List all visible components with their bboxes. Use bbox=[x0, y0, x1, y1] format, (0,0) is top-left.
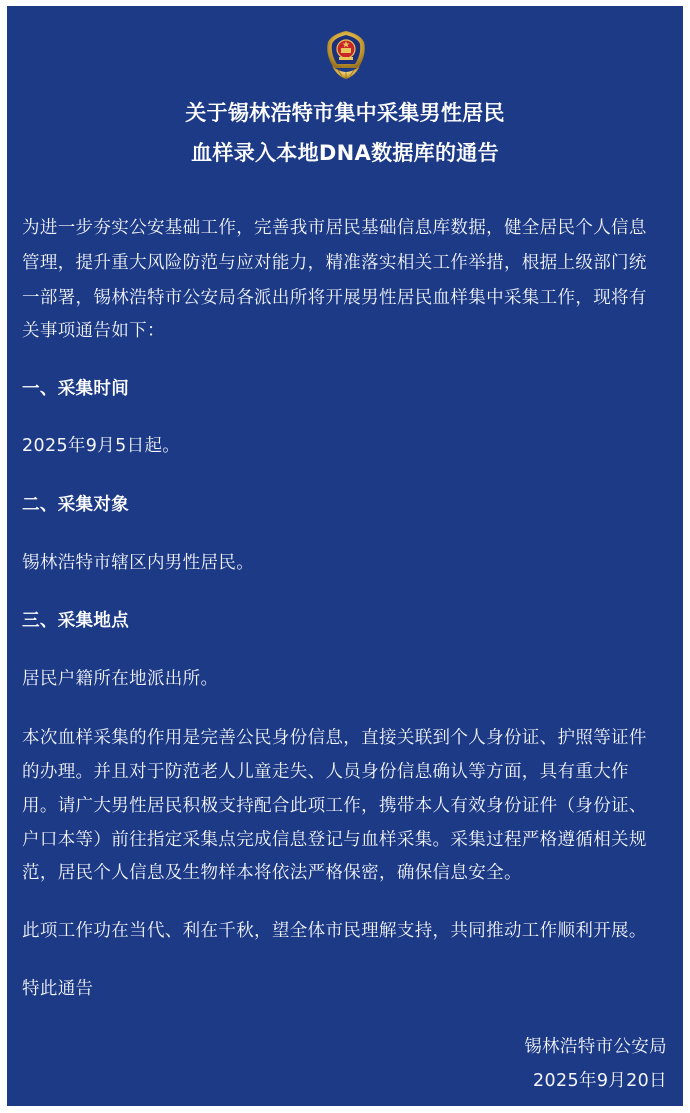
intro-line-2: 管理，提升重大风险防范与应对能力，精准落实相关工作举措，根据上级部门统 bbox=[22, 251, 647, 275]
section-heading-location: 三、采集地点 bbox=[22, 609, 129, 633]
police-emblem-icon bbox=[324, 30, 368, 80]
purpose-line-4: 户口本等）前往指定采集点完成信息登记与血样采集。采集过程严格遵循相关规 bbox=[22, 828, 647, 852]
notice-title-line-2: 血样录入本地DNA数据库的通告 bbox=[0, 140, 690, 166]
section-content-target: 锡林浩特市辖区内男性居民。 bbox=[22, 551, 254, 575]
section-content-location: 居民户籍所在地派出所。 bbox=[22, 667, 218, 691]
issue-date: 2025年9月20日 bbox=[533, 1069, 667, 1093]
purpose-line-1: 本次血样采集的作用是完善公民身份信息，直接关联到个人身份证、护照等证件 bbox=[22, 726, 647, 750]
purpose-line-5: 范，居民个人信息及生物样本将依法严格保密，确保信息安全。 bbox=[22, 861, 522, 885]
section-content-time: 2025年9月5日起。 bbox=[22, 434, 180, 458]
purpose-line-3: 用。请广大男性居民积极支持配合此项工作，携带本人有效身份证件（身份证、 bbox=[22, 794, 647, 818]
notice-title-line-1: 关于锡林浩特市集中采集男性居民 bbox=[0, 100, 690, 126]
closing-text: 此项工作功在当代、利在千秋，望全体市民理解支持，共同推动工作顺利开展。 bbox=[22, 919, 647, 943]
section-heading-time: 一、采集时间 bbox=[22, 377, 129, 401]
purpose-line-2: 的办理。并且对于防范老人儿童走失、人员身份信息确认等方面，具有重大作 bbox=[22, 760, 629, 784]
sign-off: 特此通告 bbox=[22, 977, 93, 1001]
intro-line-3: 一部署，锡林浩特市公安局各派出所将开展男性居民血样集中采集工作，现将有 bbox=[22, 286, 647, 310]
issuer-name: 锡林浩特市公安局 bbox=[524, 1035, 667, 1059]
intro-line-1: 为进一步夯实公安基础工作，完善我市居民基础信息库数据，健全居民个人信息 bbox=[22, 216, 647, 240]
intro-line-4: 关事项通告如下： bbox=[22, 319, 165, 343]
section-heading-target: 二、采集对象 bbox=[22, 493, 129, 517]
